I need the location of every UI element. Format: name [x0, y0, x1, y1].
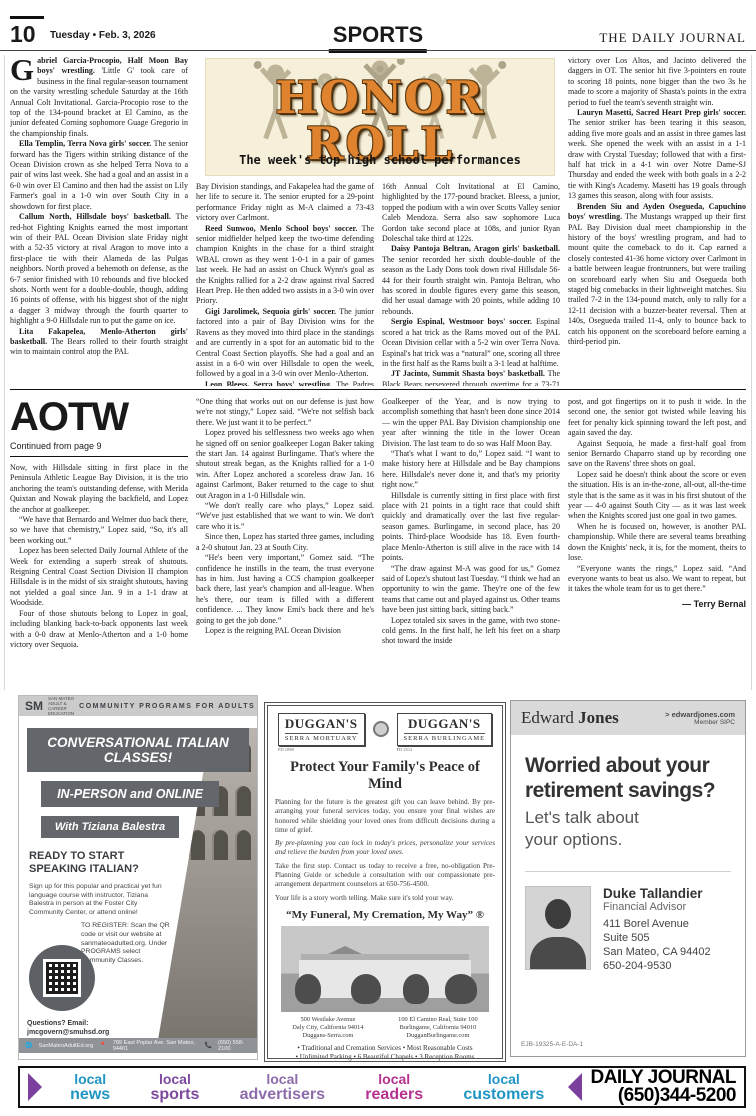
- daily-journal-banner: localnewslocalsportslocaladvertisersloca…: [18, 1066, 746, 1108]
- edward-jones-divider: [525, 871, 731, 872]
- sm-logo: SM: [25, 699, 43, 713]
- story-paragraph: victory over Los Altos, and Jacinto deli…: [568, 56, 746, 108]
- story-paragraph: Lopez said he doesn't think about the sc…: [568, 470, 746, 522]
- story-paragraph: “That's what I want to do,” Lopez said. …: [382, 449, 560, 491]
- community-programs-label: COMMUNITY PROGRAMS FOR ADULTS: [79, 703, 255, 710]
- duggans-addresses: 500 Westlake Avenue Daly City, Californi…: [275, 1016, 495, 1040]
- story-paragraph: Gigi Jarolimek, Sequoia girls' soccer. T…: [196, 307, 374, 380]
- top-fold-mark: [10, 16, 44, 19]
- advisor-title: Financial Advisor: [603, 901, 711, 913]
- aotw-headline: AOTW: [10, 397, 188, 437]
- qr-code: [43, 959, 81, 997]
- story-paragraph: Ella Templin, Terra Nova girls' soccer. …: [10, 139, 188, 212]
- duggans-services-bullets: • Traditional and Cremation Services • M…: [275, 1044, 495, 1062]
- story-paragraph: Leon Bleess, Serra boys' wrestling. The …: [196, 380, 374, 386]
- edward-jones-logo: Edward Jones: [521, 708, 619, 728]
- paper-name: THE DAILY JOURNAL: [599, 30, 746, 46]
- story-paragraph: Lita Fakapelea, Menlo-Atherton girls' ba…: [10, 327, 188, 358]
- edward-jones-url: > edwardjones.com: [665, 710, 735, 719]
- local-advertisers-label: localadvertisers: [240, 1072, 325, 1102]
- edward-jones-ad: Edward Jones > edwardjones.com Member SI…: [510, 700, 746, 1057]
- duggans-paragraph: Planning for the future is the greatest …: [275, 798, 495, 835]
- story-paragraph: JT Jacinto, Summit Shasta boys' basketba…: [382, 369, 560, 386]
- aotw-column-1: AOTW Continued from page 9 Now, with Hil…: [10, 397, 188, 691]
- honor-roll-graphic: HONOR ROLL The week's top high school pe…: [205, 58, 555, 176]
- fd-license-2: FD 2512: [397, 747, 493, 752]
- italian-ad-footer: 🌐 SanMateoAdultEd.org 📍 789 East Poplar …: [19, 1038, 257, 1053]
- italian-ad-copy: Sign up for this popular and practical y…: [29, 883, 164, 917]
- edward-jones-header: Edward Jones > edwardjones.com Member SI…: [511, 701, 745, 735]
- story-paragraph: Since then, Lopez has started three game…: [196, 532, 374, 553]
- masthead-rule: [0, 50, 756, 51]
- story-paragraph: post, and got fingertips on it to push i…: [568, 397, 746, 439]
- local-readers-label: localreaders: [365, 1072, 423, 1102]
- story-paragraph: Daisy Pantoja Beltran, Aragon girls' bas…: [382, 244, 560, 317]
- sm-org-name: SAN MATEO ADULT & CAREER EDUCATION: [48, 696, 74, 716]
- italian-banner-3: With Tiziana Balestra: [41, 816, 179, 838]
- story-paragraph: Against Sequoia, he made a first-half go…: [568, 439, 746, 470]
- story-paragraph: Goalkeeper of the Year, and is now tryin…: [382, 397, 560, 449]
- advisor-photo: [525, 886, 591, 970]
- italian-classes-ad: SM SAN MATEO ADULT & CAREER EDUCATION CO…: [18, 695, 258, 1060]
- story-paragraph: Hillsdale is currently sitting in first …: [382, 491, 560, 564]
- italian-banner-2: IN-PERSON and ONLINE: [41, 781, 219, 807]
- ready-headline: READY TO STARTSPEAKING ITALIAN?: [29, 850, 257, 876]
- story-paragraph: Lopez has been selected Daily Journal At…: [10, 546, 188, 608]
- daly-city-address: 500 Westlake Avenue Daly City, Californi…: [292, 1016, 363, 1040]
- story-paragraph: Sergio Espinal, Westmoor boys' soccer. E…: [382, 317, 560, 369]
- story-paragraph: Lopez is the reigning PAL Ocean Division: [196, 626, 374, 636]
- advisor-address: 411 Borel Avenue Suite 505 San Mateo, CA…: [603, 917, 711, 973]
- footer-phone: (650) 558-2100: [218, 1040, 251, 1052]
- mortuary-building-photo: [281, 926, 489, 1012]
- duggans-seal-icon: [373, 721, 389, 737]
- story-paragraph: “Everyone wants the rings,” Lopez said. …: [568, 564, 746, 595]
- local-items: localnewslocalsportslocaladvertisersloca…: [50, 1072, 564, 1102]
- story-paragraph: 16th Annual Colt Invitational at El Cami…: [382, 182, 560, 244]
- duggans-tagline: “My Funeral, My Cremation, My Way” ®: [275, 909, 495, 921]
- byline: — Terry Bernal: [568, 599, 746, 609]
- story-paragraph: “We have that Bernardo and Welmer duo ba…: [10, 515, 188, 546]
- story-paragraph: Reed Sunwoo, Menlo School boys' soccer. …: [196, 224, 374, 307]
- duggans-paragraph: Take the first step. Contact us today to…: [275, 862, 495, 890]
- story-paragraph: Lopez proved his selflessness two weeks …: [196, 428, 374, 501]
- aotw-story: AOTW Continued from page 9 Now, with Hil…: [10, 397, 746, 691]
- aotw-column-3: Goalkeeper of the Year, and is now tryin…: [382, 397, 560, 691]
- page-number: 10: [10, 22, 36, 46]
- story-paragraph: “We don't really care who plays,” Lopez …: [196, 501, 374, 532]
- story-paragraph: Now, with Hillsdale sitting in first pla…: [10, 463, 188, 515]
- section-title: SPORTS: [329, 22, 427, 53]
- duggans-paragraph: Your life is a story worth telling. Make…: [275, 894, 495, 903]
- edward-jones-subhead: Let's talk aboutyour options.: [525, 807, 731, 851]
- masthead: 10 Tuesday • Feb. 3, 2026 SPORTS THE DAI…: [10, 22, 746, 50]
- member-sipc: Member SIPC: [665, 719, 735, 726]
- arrow-left-icon: [568, 1073, 582, 1101]
- duggans-headline: Protect Your Family's Peace of Mind: [275, 759, 495, 793]
- story-paragraph: Gabriel Garcia-Procopio, Half Moon Bay b…: [10, 56, 188, 139]
- story-paragraph: Bay Division standings, and Fakapelea ha…: [196, 182, 374, 224]
- daily-journal-contact: DAILY JOURNAL (650)344-5200: [590, 1069, 736, 1105]
- issue-date: Tuesday • Feb. 3, 2026: [50, 30, 156, 41]
- phone-icon: 📞: [205, 1042, 212, 1049]
- italian-banner-1: CONVERSATIONAL ITALIAN CLASSES!: [27, 728, 249, 772]
- story-paragraph: “The draw against M-A was good for us,” …: [382, 564, 560, 616]
- register-instructions: TO REGISTER: Scan the QR code or visit o…: [81, 922, 171, 965]
- local-sports-label: localsports: [150, 1072, 199, 1102]
- story-paragraph: “He's been very important,” Gomez said. …: [196, 553, 374, 626]
- story-column-1: Gabriel Garcia-Procopio, Half Moon Bay b…: [10, 56, 188, 386]
- newspaper-page: 10 Tuesday • Feb. 3, 2026 SPORTS THE DAI…: [0, 0, 756, 1116]
- footer-website: SanMateoAdultEd.org: [38, 1043, 93, 1049]
- story-paragraph: Lauryn Masetti, Sacred Heart Prep girls'…: [568, 108, 746, 202]
- edward-jones-body: Worried about your retirement savings? L…: [511, 735, 745, 973]
- italian-ad-body: CONVERSATIONAL ITALIAN CLASSES! IN-PERSO…: [19, 728, 257, 1053]
- location-pin-icon: 📍: [99, 1042, 106, 1049]
- drop-cap: G: [10, 56, 37, 82]
- duggans-serra-logo: DUGGAN'S SERRA MORTUARY: [278, 713, 365, 746]
- aotw-headline-rule: [10, 456, 188, 457]
- section-divider-rule: [10, 389, 746, 390]
- aotw-column-2: “One thing that works out on our defense…: [196, 397, 374, 691]
- local-news-label: localnews: [70, 1072, 110, 1102]
- fd-license-1: FD 1098: [278, 747, 365, 752]
- story-column-4: victory over Los Altos, and Jacinto deli…: [568, 56, 746, 386]
- footer-address: 789 East Poplar Ave. San Mateo, 94401: [113, 1040, 199, 1052]
- story-paragraph: When he is focused on, however, is anoth…: [568, 522, 746, 564]
- edward-jones-headline: Worried about your retirement savings?: [525, 753, 731, 803]
- story-paragraph: Lopez totaled six saves in the game, wit…: [382, 616, 560, 647]
- duggans-mortuary-ad: DUGGAN'S SERRA MORTUARY FD 1098 DUGGAN'S…: [264, 702, 506, 1062]
- questions-email: Questions? Email:jmcgovern@smuhsd.org: [27, 1019, 109, 1037]
- local-customers-label: localcustomers: [463, 1072, 544, 1102]
- story-paragraph: “One thing that works out on our defense…: [196, 397, 374, 428]
- story-paragraph: Callum North, Hillsdale boys' basketball…: [10, 212, 188, 326]
- left-page-rule: [4, 55, 5, 690]
- advisor-block: Duke Tallandier Financial Advisor 411 Bo…: [525, 886, 731, 973]
- arrow-right-icon: [28, 1073, 42, 1101]
- burlingame-address: 100 El Camino Real, Suite 100 Burlingame…: [398, 1016, 478, 1040]
- globe-icon: 🌐: [25, 1042, 32, 1049]
- story-paragraph: Four of those shutouts belong to Lopez i…: [10, 609, 188, 651]
- aotw-continued-line: Continued from page 9: [10, 441, 188, 451]
- qr-code-circle: [29, 945, 95, 1011]
- italian-ad-header: SM SAN MATEO ADULT & CAREER EDUCATION CO…: [19, 696, 257, 716]
- story-paragraph: Brenden Siu and Ayden Osegueda, Capuchin…: [568, 202, 746, 348]
- duggans-paragraph-italic: By pre-planning you can lock in today's …: [275, 839, 495, 858]
- ad-code: EJB-19325-A-E-DA-1: [521, 1041, 583, 1048]
- duggans-burlingame-logo: DUGGAN'S SERRA BURLINGAME: [397, 713, 493, 746]
- duggans-logos: DUGGAN'S SERRA MORTUARY FD 1098 DUGGAN'S…: [275, 713, 495, 752]
- edward-jones-links: > edwardjones.com Member SIPC: [665, 710, 735, 726]
- advisor-name: Duke Tallandier: [603, 886, 711, 901]
- aotw-column-4: post, and got fingertips on it to push i…: [568, 397, 746, 691]
- honor-roll-subtitle: The week's top high school performances: [206, 153, 554, 167]
- right-page-rule: [751, 55, 752, 690]
- daily-journal-phone: (650)344-5200: [590, 1087, 736, 1105]
